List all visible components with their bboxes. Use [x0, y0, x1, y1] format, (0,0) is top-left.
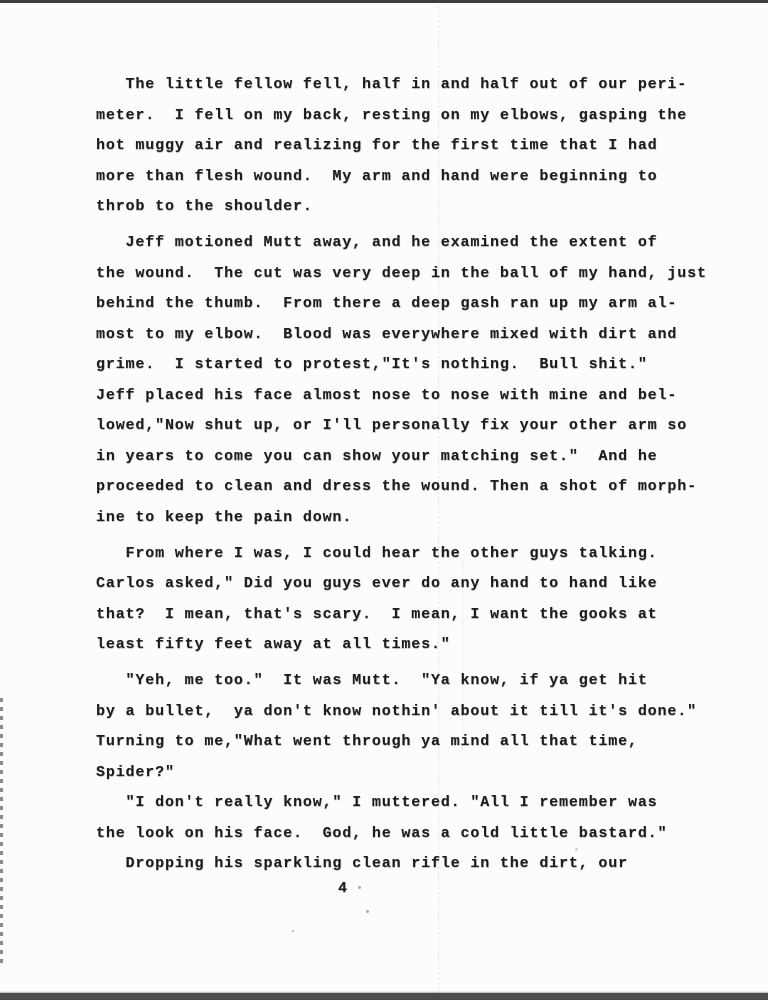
text-line: the look on his face. God, he was a cold… — [96, 819, 736, 850]
scan-artifact-bottom-edge — [0, 993, 768, 1000]
text-line: proceeded to clean and dress the wound. … — [96, 472, 736, 503]
text-line: more than flesh wound. My arm and hand w… — [96, 162, 736, 193]
scan-artifact-top-edge — [0, 0, 768, 3]
scan-artifact-speckle — [366, 910, 369, 913]
text-line: that? I mean, that's scary. I mean, I wa… — [96, 600, 736, 631]
page-number: 4 — [338, 880, 348, 897]
scanned-document-page: The little fellow fell, half in and half… — [0, 0, 768, 1000]
text-line: grime. I started to protest,"It's nothin… — [96, 350, 736, 381]
paragraph: Jeff motioned Mutt away, and he examined… — [96, 228, 736, 533]
text-line: the wound. The cut was very deep in the … — [96, 259, 736, 290]
text-line: hot muggy air and realizing for the firs… — [96, 131, 736, 162]
text-line: From where I was, I could hear the other… — [96, 539, 736, 570]
text-line: in years to come you can show your match… — [96, 442, 736, 473]
text-line: "Yeh, me too." It was Mutt. "Ya know, if… — [96, 666, 736, 697]
text-line: Jeff motioned Mutt away, and he examined… — [96, 228, 736, 259]
text-line: Spider?" — [96, 758, 736, 789]
text-line: Dropping his sparkling clean rifle in th… — [96, 849, 736, 880]
text-line: meter. I fell on my back, resting on my … — [96, 101, 736, 132]
text-line: Carlos asked," Did you guys ever do any … — [96, 569, 736, 600]
text-line: The little fellow fell, half in and half… — [96, 70, 736, 101]
paragraph: "I don't really know," I muttered. "All … — [96, 788, 736, 849]
text-line: least fifty feet away at all times." — [96, 630, 736, 661]
text-line: most to my elbow. Blood was everywhere m… — [96, 320, 736, 351]
text-line: behind the thumb. From there a deep gash… — [96, 289, 736, 320]
scan-artifact-left-edge-marks — [0, 698, 3, 966]
scan-artifact-speckle — [292, 930, 294, 932]
text-line: "I don't really know," I muttered. "All … — [96, 788, 736, 819]
scan-artifact-speckle — [575, 848, 578, 851]
text-line: Turning to me,"What went through ya mind… — [96, 727, 736, 758]
scan-artifact-speckle — [358, 886, 361, 889]
paragraph: The little fellow fell, half in and half… — [96, 70, 736, 223]
text-line: ine to keep the pain down. — [96, 503, 736, 534]
text-line: by a bullet, ya don't know nothin' about… — [96, 697, 736, 728]
paragraph: From where I was, I could hear the other… — [96, 539, 736, 661]
typewritten-text-body: The little fellow fell, half in and half… — [96, 70, 736, 880]
paragraph: Dropping his sparkling clean rifle in th… — [96, 849, 736, 880]
text-line: Jeff placed his face almost nose to nose… — [96, 381, 736, 412]
text-line: throb to the shoulder. — [96, 192, 736, 223]
text-line: lowed,"Now shut up, or I'll personally f… — [96, 411, 736, 442]
paragraph: "Yeh, me too." It was Mutt. "Ya know, if… — [96, 666, 736, 788]
